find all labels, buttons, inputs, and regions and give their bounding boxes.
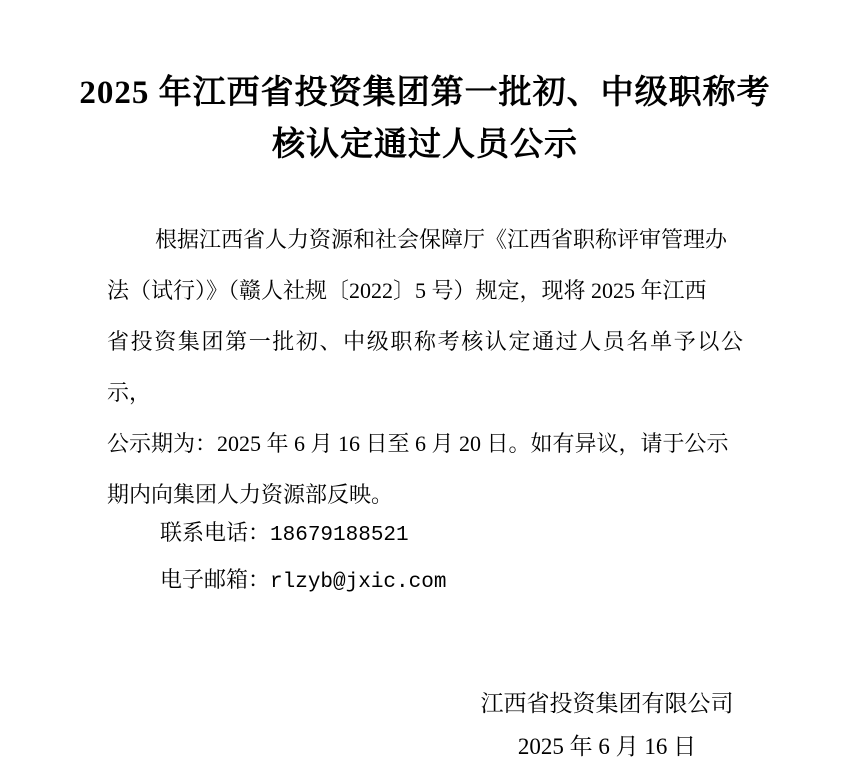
contact-block: 联系电话：18679188521 电子邮箱：rlzyb@jxic.com: [107, 511, 743, 605]
paragraph-line-1: 根据江西省人力资源和社会保障厅《江西省职称评审管理办: [107, 214, 743, 265]
signature-block: 江西省投资集团有限公司 2025 年 6 月 16 日: [457, 682, 757, 768]
contact-phone-line: 联系电话：18679188521: [107, 511, 743, 558]
contact-email-value: rlzyb@jxic.com: [270, 571, 446, 594]
contact-email-label: 电子邮箱：: [160, 567, 270, 592]
paragraph-line-4: 公示期为：2025 年 6 月 16 日至 6 月 20 日。如有异议，请于公示: [107, 418, 743, 469]
paragraph-line-3: 省投资集团第一批初、中级职称考核认定通过人员名单予以公示，: [107, 316, 743, 418]
body-paragraph: 根据江西省人力资源和社会保障厅《江西省职称评审管理办 法（试行）》（赣人社规〔2…: [107, 214, 743, 520]
title-line-1: 2025 年江西省投资集团第一批初、中级职称考: [40, 67, 810, 119]
announcement-document: 2025 年江西省投资集团第一批初、中级职称考 核认定通过人员公示 根据江西省人…: [0, 0, 850, 779]
paragraph-line-2: 法（试行）》（赣人社规〔2022〕5 号）规定，现将 2025 年江西: [107, 265, 743, 316]
title-line-2: 核认定通过人员公示: [40, 119, 810, 171]
signature-date: 2025 年 6 月 16 日: [457, 725, 757, 768]
document-title: 2025 年江西省投资集团第一批初、中级职称考 核认定通过人员公示: [40, 67, 810, 171]
contact-phone-value: 18679188521: [270, 524, 409, 547]
contact-phone-label: 联系电话：: [160, 520, 270, 545]
contact-email-line: 电子邮箱：rlzyb@jxic.com: [107, 558, 743, 605]
signature-company: 江西省投资集团有限公司: [457, 682, 757, 725]
